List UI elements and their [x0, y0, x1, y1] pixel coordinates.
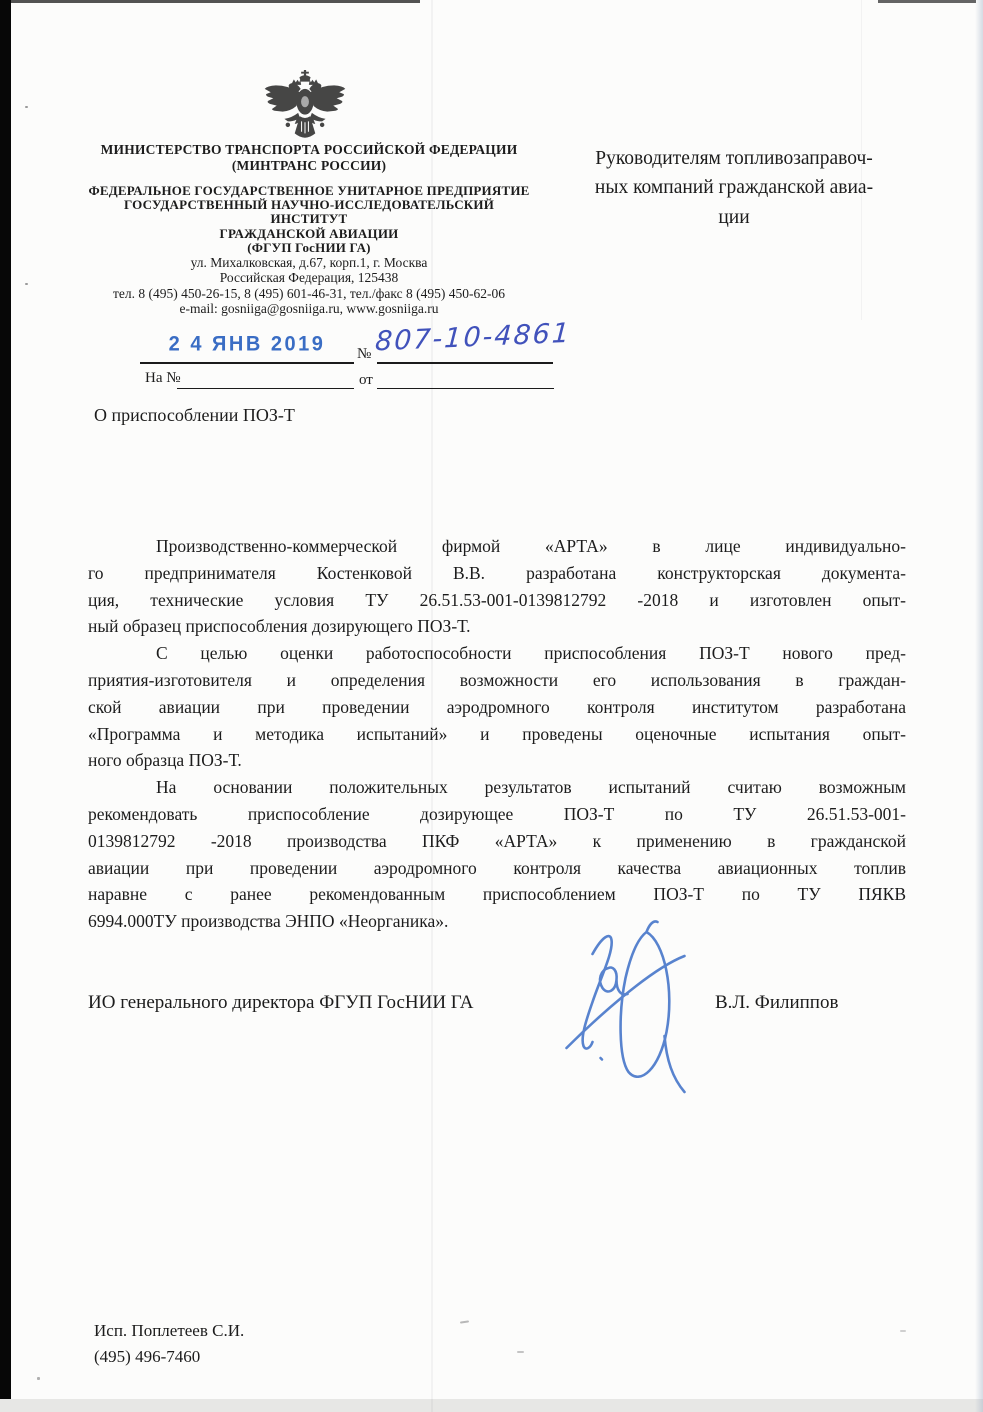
body-paragraph: Производственно-коммерческой фирмой «АРТ… — [88, 533, 906, 640]
scan-artifact — [37, 1377, 40, 1380]
executor-name: Исп. Поплетеев С.И. — [94, 1318, 244, 1344]
scan-artifact — [25, 106, 28, 108]
from-blank-line — [377, 370, 554, 389]
letterhead-ministry: МИНИСТЕРСТВО ТРАНСПОРТА РОССИЙСКОЙ ФЕДЕР… — [85, 142, 533, 173]
body-line: рекомендовать приспособление дозирующее … — [88, 801, 906, 828]
body-paragraph: С целью оценки работоспособности приспос… — [88, 640, 906, 774]
scan-artifact — [975, 0, 983, 1412]
scan-artifact — [517, 1351, 524, 1353]
address-line: тел. 8 (495) 450-26-15, 8 (495) 601-46-3… — [85, 286, 533, 301]
org-line: ГРАЖДАНСКОЙ АВИАЦИИ — [85, 227, 533, 241]
executor-block: Исп. Поплетеев С.И. (495) 496-7460 — [94, 1318, 244, 1370]
letterhead-organization: ФЕДЕРАЛЬНОЕ ГОСУДАРСТВЕННОЕ УНИТАРНОЕ ПР… — [85, 184, 533, 255]
body-line: «Программа и методика испытаний» и прове… — [88, 721, 906, 748]
scan-artifact — [11, 0, 420, 3]
signer-name: В.Л. Филиппов — [715, 992, 838, 1014]
ministry-line: МИНИСТЕРСТВО ТРАНСПОРТА РОССИЙСКОЙ ФЕДЕР… — [85, 142, 533, 158]
body-line: го предпринимателя Костенковой В.В. разр… — [88, 560, 906, 587]
body-line: наравне с ранее рекомендованным приспосо… — [88, 881, 906, 908]
body-paragraph: На основании положительных результатов и… — [88, 774, 906, 935]
ministry-line: (МИНТРАНС РОССИИ) — [85, 158, 533, 174]
body-line: ция, технические условия ТУ 26.51.53-001… — [88, 587, 906, 614]
addressee-line: Руководителям топливозаправоч- — [558, 144, 910, 173]
org-line: ФЕДЕРАЛЬНОЕ ГОСУДАРСТВЕННОЕ УНИТАРНОЕ ПР… — [85, 184, 533, 198]
handwritten-signature — [550, 912, 705, 1107]
on-number-label: На № — [145, 370, 181, 387]
addressee-line: ных компаний гражданской авиа- — [558, 173, 910, 202]
scan-artifact — [25, 283, 28, 285]
body-line: С целью оценки работоспособности приспос… — [88, 640, 906, 667]
body-line: 6994.000ТУ производства ЭНПО «Неорганика… — [88, 908, 906, 935]
body-line: приятия-изготовителя и определения возмо… — [88, 667, 906, 694]
letterhead-contacts: ул. Михалковская, д.67, корп.1, г. Москв… — [85, 255, 533, 316]
double-headed-eagle-icon — [261, 70, 349, 142]
body-line: Производственно-коммерческой фирмой «АРТ… — [88, 533, 906, 560]
date-field: 2 4 ЯНВ 2019 — [140, 330, 354, 364]
body-line: На основании положительных результатов и… — [88, 774, 906, 801]
scan-artifact — [900, 1330, 906, 1332]
from-label: от — [359, 372, 373, 389]
scan-artifact — [0, 1399, 983, 1412]
scan-artifact — [878, 0, 976, 3]
scan-artifact — [460, 1320, 469, 1323]
org-line: (ФГУП ГосНИИ ГА) — [85, 241, 533, 255]
body-line: ного образца ПОЗ-Т. — [88, 747, 906, 774]
addressee-line: ции — [558, 203, 910, 232]
date-stamp: 2 4 ЯНВ 2019 — [169, 332, 326, 357]
signer-position-title: ИО генерального директора ФГУП ГосНИИ ГА — [88, 992, 473, 1014]
address-line: Российская Федерация, 125438 — [85, 270, 533, 285]
address-line: ул. Михалковская, д.67, корп.1, г. Москв… — [85, 255, 533, 270]
org-line: ГОСУДАРСТВЕННЫЙ НАУЧНО-ИССЛЕДОВАТЕЛЬСКИЙ… — [85, 198, 533, 226]
executor-phone: (495) 496-7460 — [94, 1344, 244, 1370]
body-line: авиации при проведении аэродромного конт… — [88, 855, 906, 882]
on-number-blank-line — [177, 370, 354, 389]
subject-line: О приспособлении ПОЗ-Т — [94, 405, 295, 426]
body-line: ской авиации при проведении аэродромного… — [88, 694, 906, 721]
body-line: 0139812792 -2018 производства ПКФ «АРТА»… — [88, 828, 906, 855]
scanned-letter-page: МИНИСТЕРСТВО ТРАНСПОРТА РОССИЙСКОЙ ФЕДЕР… — [0, 0, 983, 1412]
outgoing-number-field: 807-10-4861 — [377, 330, 553, 364]
scan-edge-bar — [0, 0, 11, 1399]
outgoing-number-handwritten: 807-10-4861 — [374, 318, 576, 358]
body-line: ный образец приспособления дозирующего П… — [88, 613, 906, 640]
letter-body: Производственно-коммерческой фирмой «АРТ… — [88, 533, 906, 935]
number-label: № — [357, 346, 371, 363]
addressee-block: Руководителям топливозаправоч- ных компа… — [558, 144, 910, 232]
address-line: e-mail: gosniiga@gosniiga.ru, www.gosnii… — [85, 301, 533, 316]
